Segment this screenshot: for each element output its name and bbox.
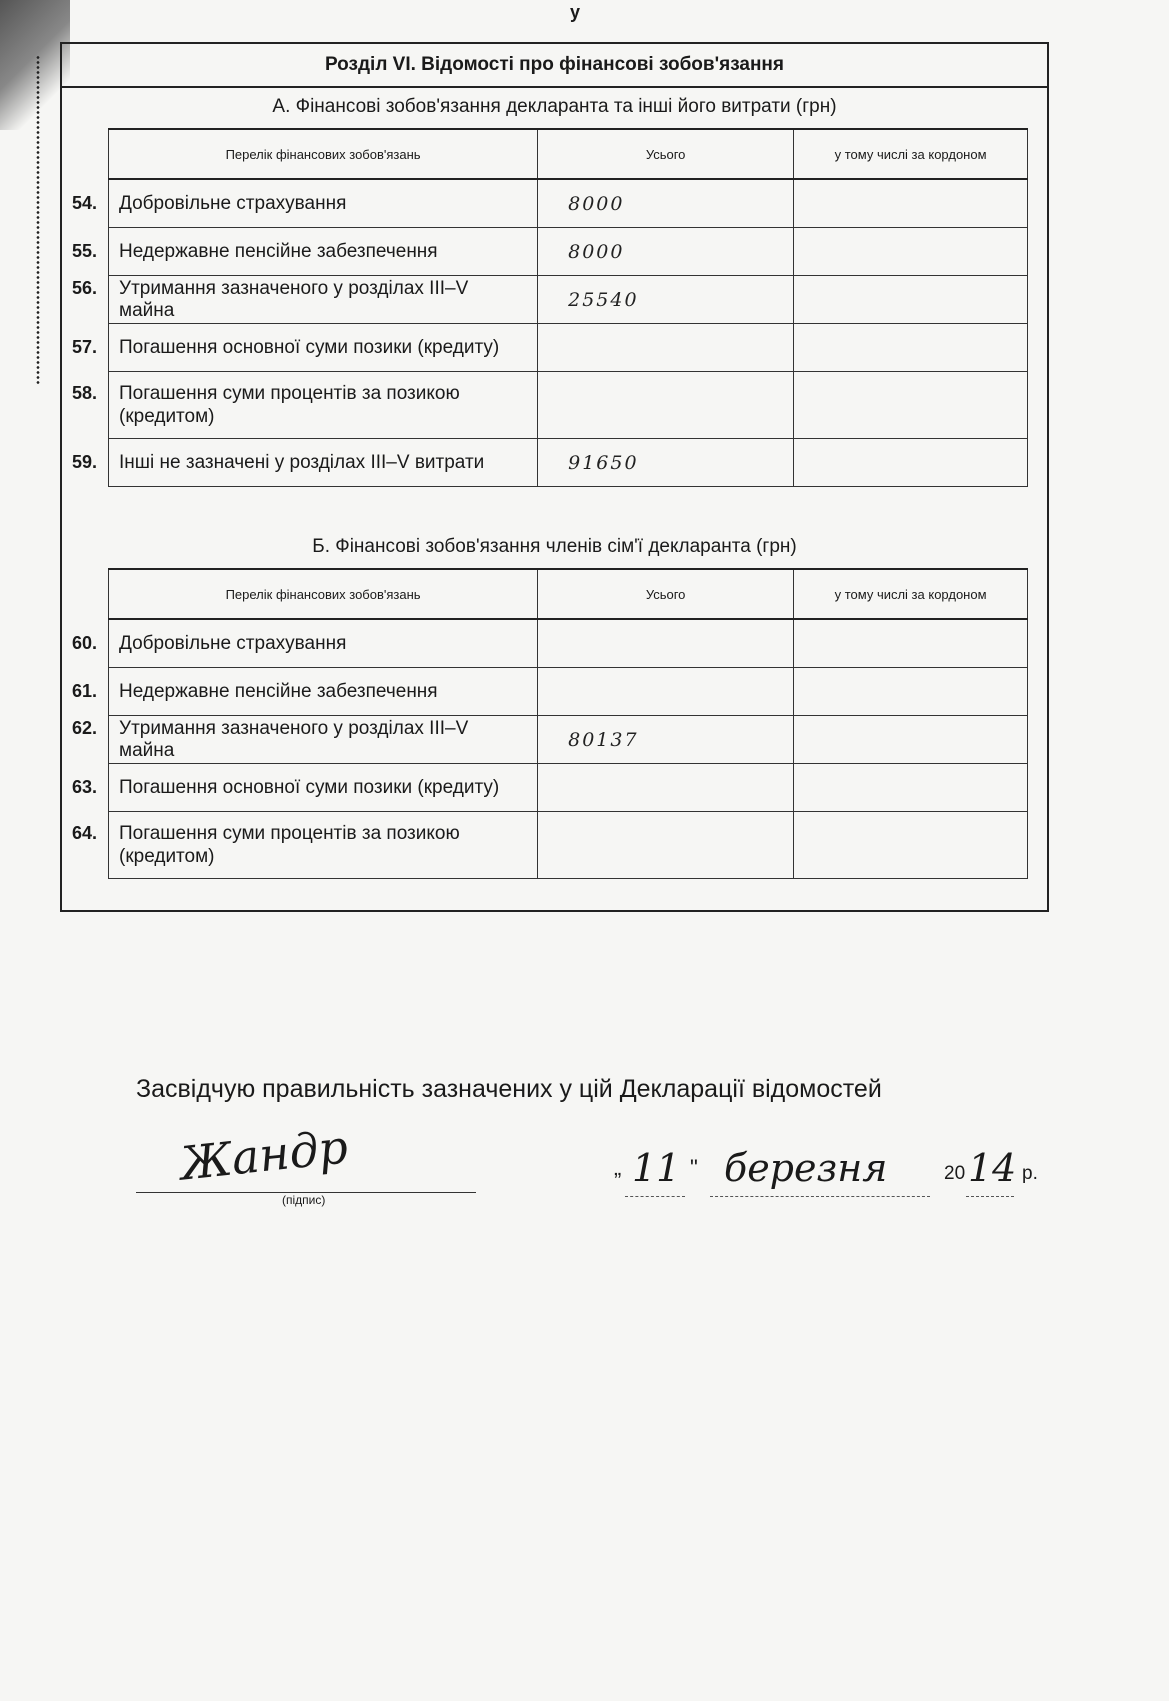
header-abroad: у тому числі за кордоном xyxy=(794,569,1028,619)
section-title: Розділ VI. Відомості про фінансові зобов… xyxy=(62,44,1047,88)
table-row: 56.Утримання зазначеного у розділах III–… xyxy=(109,276,1028,324)
year-line xyxy=(966,1196,1014,1197)
row-label: Погашення основної суми позики (кредиту) xyxy=(119,337,499,358)
row-label-cell: 64.Погашення суми процентів за позикою (… xyxy=(109,812,538,879)
total-value[interactable] xyxy=(538,372,794,439)
row-label: Утримання зазначеного у розділах III–V м… xyxy=(119,278,468,321)
page-mark: у xyxy=(570,2,580,23)
table-row: 59.Інші не зазначені у розділах III–V ви… xyxy=(109,439,1028,487)
abroad-value[interactable] xyxy=(794,372,1028,439)
row-label: Утримання зазначеного у розділах III–V м… xyxy=(119,718,468,761)
header-list: Перелік фінансових зобов'язань xyxy=(109,569,538,619)
total-value[interactable] xyxy=(538,324,794,372)
table-row: 61.Недержавне пенсійне забезпечення xyxy=(109,668,1028,716)
header-total: Усього xyxy=(538,129,794,179)
row-number: 64. xyxy=(67,822,97,845)
day-line xyxy=(625,1196,685,1197)
table-a: Перелік фінансових зобов'язань Усього у … xyxy=(108,128,1028,487)
year-unit: р. xyxy=(1022,1163,1038,1185)
total-value[interactable]: 8000 xyxy=(538,228,794,276)
total-value[interactable]: 91650 xyxy=(538,439,794,487)
table-row: 62.Утримання зазначеного у розділах III–… xyxy=(109,716,1028,764)
header-abroad: у тому числі за кордоном xyxy=(794,129,1028,179)
certification-statement: Засвідчую правильність зазначених у цій … xyxy=(136,1075,882,1104)
table-a-header-row: Перелік фінансових зобов'язань Усього у … xyxy=(109,129,1028,179)
table-row: 55.Недержавне пенсійне забезпечення8000 xyxy=(109,228,1028,276)
row-label-cell: 58.Погашення суми процентів за позикою (… xyxy=(109,372,538,439)
abroad-value[interactable] xyxy=(794,228,1028,276)
row-label: Недержавне пенсійне забезпечення xyxy=(119,241,438,262)
row-label: Недержавне пенсійне забезпечення xyxy=(119,681,438,702)
date-open-quote: „ xyxy=(614,1155,621,1181)
row-label-cell: 55.Недержавне пенсійне забезпечення xyxy=(109,228,538,276)
total-value[interactable]: 80137 xyxy=(538,716,794,764)
total-value[interactable] xyxy=(538,764,794,812)
row-label: Добровільне страхування xyxy=(119,193,346,214)
row-label-cell: 56.Утримання зазначеного у розділах III–… xyxy=(109,276,538,324)
total-value[interactable] xyxy=(538,619,794,668)
row-number: 61. xyxy=(67,681,97,702)
row-label-cell: 63.Погашення основної суми позики (креди… xyxy=(109,764,538,812)
row-label-cell: 60.Добровільне страхування xyxy=(109,619,538,668)
abroad-value[interactable] xyxy=(794,668,1028,716)
signature-caption: (підпис) xyxy=(282,1193,325,1207)
row-label: Інші не зазначені у розділах III–V витра… xyxy=(119,452,484,473)
date-close-quote: " xyxy=(690,1155,698,1181)
year-prefix: 20 xyxy=(944,1163,965,1185)
table-row: 63.Погашення основної суми позики (креди… xyxy=(109,764,1028,812)
table-row: 57.Погашення основної суми позики (креди… xyxy=(109,324,1028,372)
header-list: Перелік фінансових зобов'язань xyxy=(109,129,538,179)
total-value[interactable] xyxy=(538,812,794,879)
total-value[interactable]: 8000 xyxy=(538,179,794,228)
signature: Жандр xyxy=(178,1119,351,1190)
table-b-header-row: Перелік фінансових зобов'язань Усього у … xyxy=(109,569,1028,619)
abroad-value[interactable] xyxy=(794,324,1028,372)
row-number: 56. xyxy=(67,278,97,299)
perforation-dots xyxy=(36,55,40,385)
row-number: 59. xyxy=(67,452,97,473)
row-number: 60. xyxy=(67,633,97,654)
date-month: березня xyxy=(724,1146,887,1190)
header-total: Усього xyxy=(538,569,794,619)
row-label-cell: 57.Погашення основної суми позики (креди… xyxy=(109,324,538,372)
row-label: Погашення основної суми позики (кредиту) xyxy=(119,777,499,798)
table-row: 60.Добровільне страхування xyxy=(109,619,1028,668)
row-number: 57. xyxy=(67,337,97,358)
row-number: 58. xyxy=(67,382,97,405)
abroad-value[interactable] xyxy=(794,764,1028,812)
abroad-value[interactable] xyxy=(794,812,1028,879)
row-label: Добровільне страхування xyxy=(119,633,346,654)
row-number: 54. xyxy=(67,193,97,214)
abroad-value[interactable] xyxy=(794,716,1028,764)
abroad-value[interactable] xyxy=(794,276,1028,324)
date-day: 11 xyxy=(632,1146,680,1190)
table-row: 64.Погашення суми процентів за позикою (… xyxy=(109,812,1028,879)
abroad-value[interactable] xyxy=(794,439,1028,487)
abroad-value[interactable] xyxy=(794,179,1028,228)
month-line xyxy=(710,1196,930,1197)
table-a-title: А. Фінансові зобов'язання декларанта та … xyxy=(62,96,1047,118)
total-value[interactable] xyxy=(538,668,794,716)
table-row: 58.Погашення суми процентів за позикою (… xyxy=(109,372,1028,439)
row-label-cell: 59.Інші не зазначені у розділах III–V ви… xyxy=(109,439,538,487)
table-row: 54.Добровільне страхування8000 xyxy=(109,179,1028,228)
row-label-cell: 54.Добровільне страхування xyxy=(109,179,538,228)
row-number: 62. xyxy=(67,718,97,739)
abroad-value[interactable] xyxy=(794,619,1028,668)
table-b: Перелік фінансових зобов'язань Усього у … xyxy=(108,568,1028,879)
table-b-title: Б. Фінансові зобов'язання членів сім'ї д… xyxy=(62,536,1047,558)
row-label: Погашення суми процентів за позикою (кре… xyxy=(119,383,460,427)
row-label-cell: 62.Утримання зазначеного у розділах III–… xyxy=(109,716,538,764)
year-suffix: 14 xyxy=(968,1146,1016,1190)
row-label: Погашення суми процентів за позикою (кре… xyxy=(119,823,460,867)
row-number: 55. xyxy=(67,241,97,262)
row-label-cell: 61.Недержавне пенсійне забезпечення xyxy=(109,668,538,716)
section-frame: Розділ VI. Відомості про фінансові зобов… xyxy=(60,42,1049,912)
row-number: 63. xyxy=(67,777,97,798)
total-value[interactable]: 25540 xyxy=(538,276,794,324)
